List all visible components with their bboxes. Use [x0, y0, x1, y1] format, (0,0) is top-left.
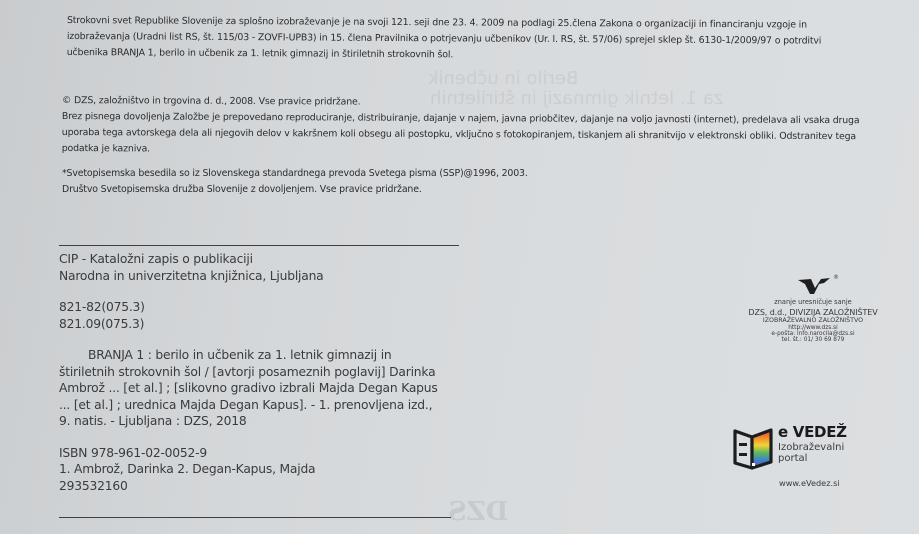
publisher-name: DZS, d.d., DIVIZIJA ZALOŽNIŠTEV — [715, 308, 911, 317]
evedez-tagline: Izobraževalni portal — [778, 442, 844, 464]
publisher-slogan: znanje uresničuje sanje — [715, 298, 911, 306]
cip-heading: CIP - Kataložni zapis o publikaciji — [59, 251, 438, 268]
dzs-bird-logo-icon — [797, 276, 831, 296]
cip-udc: 821.09(075.3) — [59, 316, 438, 333]
cip-top-rule — [59, 245, 459, 246]
cip-description-line: BRANJA 1 : berilo in učbenik za 1. letni… — [59, 347, 438, 364]
show-through-text: Berilo in učbenik — [428, 68, 578, 89]
show-through-dzs: DZS — [448, 497, 508, 527]
approval-notice: Strokovni svet Republike Slovenije za sp… — [67, 13, 822, 66]
cip-isbn: ISBN 978-961-02-0052-9 — [59, 445, 438, 462]
cip-cobiss-id: 293532160 — [59, 478, 438, 495]
cip-library: Narodna in univerzitetna knjižnica, Ljub… — [59, 268, 438, 285]
publisher-info: ® znanje uresničuje sanje DZS, d.d., DIV… — [715, 274, 911, 343]
cip-description-line: Ambrož ... [et al.] ; [slikovno gradivo … — [59, 380, 438, 397]
bible-note-line: *Svetopisemska besedila so iz Slovenskeg… — [62, 166, 528, 182]
cip-udc: 821-82(075.3) — [59, 299, 438, 316]
cip-authors: 1. Ambrož, Darinka 2. Degan-Kapus, Majda — [59, 461, 438, 478]
copyright-notice: © DZS, založništvo in trgovina d. d., 20… — [62, 93, 860, 161]
evedez-tagline-2: portal — [778, 453, 844, 464]
dzs-logo: ® — [715, 274, 911, 296]
cip-record: CIP - Kataložni zapis o publikaciji Naro… — [59, 251, 438, 494]
cip-description-line: 9. natis. - Ljubljana : DZS, 2018 — [59, 413, 438, 430]
open-book-rainbow-icon — [732, 425, 774, 471]
evedez-brand: e VEDEŽ — [778, 423, 847, 441]
evedez-portal-logo: e VEDEŽ Izobraževalni portal — [732, 423, 882, 478]
evedez-tagline-1: Izobraževalni — [778, 442, 844, 453]
publisher-phone: tel. št.: 01/ 30 69 879 — [715, 337, 911, 343]
evedez-url: www.eVedez.si — [779, 478, 840, 488]
cip-description-line: ... [et al.] ; urednica Majda Degan Kapu… — [59, 397, 438, 414]
bible-note-line: Društvo Svetopisemska družba Slovenije z… — [62, 182, 528, 198]
registered-mark: ® — [833, 274, 839, 281]
cip-bottom-rule — [59, 517, 451, 518]
bible-text-note: *Svetopisemska besedila so iz Slovenskeg… — [62, 166, 528, 198]
cip-description-line: štiriletnih strokovnih šol / [avtorji po… — [59, 364, 438, 381]
publisher-division: IZOBRAŽEVALNO ZALOŽNIŠTVO — [715, 317, 911, 324]
